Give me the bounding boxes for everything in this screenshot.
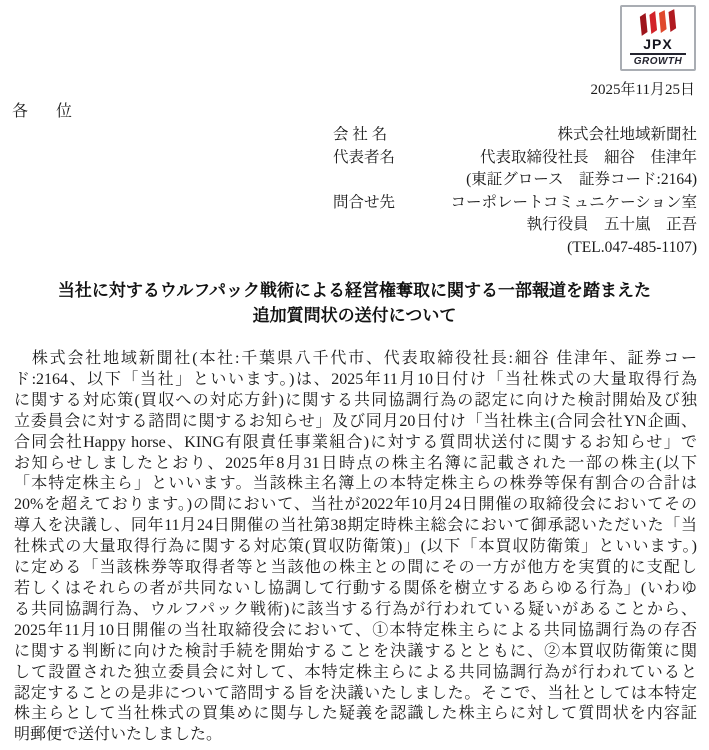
jpx-flame-icon [637, 9, 679, 37]
logo-divider [630, 53, 686, 55]
body-line: に関する判断に向けた検討手続を開始することを決議するとともに、②本買収防衛策に関 [14, 642, 697, 663]
body-line: 立委員会に対する諮問に関するお知らせ」及び同月20日付け「当社株主(合同会社YN… [14, 412, 697, 433]
body-line: 社株式の大量取得行為に関する対応策(買収防衛策)」(以下「本買収防衛策」といいま… [14, 537, 697, 558]
representative-value: 代表取締役社長 細谷 佳津年 [395, 147, 697, 170]
contact-row: 問合せ先 コーポレートコミュニケーション室 [333, 192, 697, 215]
contact-label: 問合せ先 [333, 192, 395, 215]
document-title-line2: 追加質問状の送付について [0, 304, 709, 329]
representative-row: 代表者名 代表取締役社長 細谷 佳津年 [333, 147, 697, 170]
jpx-logo-text: JPX [643, 37, 672, 52]
body-line: 若しくはそれらの者が共同ないし協調して行動する関係を樹立するあらゆる行為」(いわ… [14, 579, 697, 600]
body-line: ド:2164、以下「当社」といいます。)は、2025年11月10日付け「当社株式… [14, 370, 697, 391]
phone-row: (TEL.047-485-1107) [333, 237, 697, 260]
stock-code-value: (東証グロース 証券コード:2164) [333, 169, 697, 192]
press-release-page: JPX GROWTH 2025年11月25日 各 位 会 社 名 株式会社地域新… [0, 0, 709, 750]
growth-logo-text: GROWTH [634, 57, 683, 67]
body-line: 認定することの是非について諮問する旨を決議いたしました。そこで、当社としては本特… [14, 684, 697, 705]
company-name-value: 株式会社地域新聞社 [387, 124, 697, 147]
stock-code-row: (東証グロース 証券コード:2164) [333, 169, 697, 192]
document-title-line1: 当社に対するウルフパック戦術による経営権奪取に関する一部報道を踏まえた [0, 279, 709, 304]
officer-row: 執行役員 五十嵐 正吾 [333, 214, 697, 237]
body-line: 20%を超えております。)の間において、当社が2022年10月24日開催の取締役… [14, 495, 697, 516]
body-line: に関する対応策(買収への対応方針)に関する共同協調行為の認定に向けた検討開始及び… [14, 391, 697, 412]
phone-value: (TEL.047-485-1107) [333, 237, 697, 260]
addressee: 各 位 [12, 101, 78, 123]
body-line: お知らせしましたとおり、2025年8月31日時点の株主名簿に記載された一部の株主… [14, 454, 697, 475]
document-date: 2025年11月25日 [591, 80, 695, 100]
officer-value: 執行役員 五十嵐 正吾 [333, 214, 697, 237]
body-line: して設置された独立委員会に対して、本特定株主らによる共同協調行為が行われていると [14, 663, 697, 684]
body-line: 明郵便で送付いたしました。 [14, 725, 697, 746]
representative-label: 代表者名 [333, 147, 395, 170]
document-title: 当社に対するウルフパック戦術による経営権奪取に関する一部報道を踏まえた 追加質問… [0, 279, 709, 328]
body-line: 株主らとして当社株式の買集めに関与した疑義を認識した株主らに対して質問状を内容証 [14, 704, 697, 725]
body-paragraph: 株式会社地域新聞社(本社:千葉県八千代市、代表取締役社長:細谷 佳津年、証券コー… [14, 349, 697, 746]
company-name-row: 会 社 名 株式会社地域新聞社 [333, 124, 697, 147]
company-name-label: 会 社 名 [333, 124, 387, 147]
body-line: 株式会社地域新聞社(本社:千葉県八千代市、代表取締役社長:細谷 佳津年、証券コー [14, 349, 697, 370]
body-line: る共同協調行為、ウルフパック戦術)に該当する行為が行われている疑いがあることから… [14, 600, 697, 621]
company-info-block: 会 社 名 株式会社地域新聞社 代表者名 代表取締役社長 細谷 佳津年 (東証グ… [333, 124, 697, 260]
contact-value: コーポレートコミュニケーション室 [395, 192, 697, 215]
body-line: 合同会社Happy horse、KING有限責任事業組合)に対する質問状送付に関… [14, 433, 697, 454]
body-line: 2025年11月10日開催の当社取締役会において、①本特定株主らによる共同協調行… [14, 621, 697, 642]
body-line: に定める「当該株券等取得者等と当該他の株主との間にその一方が他方を実質的に支配し [14, 558, 697, 579]
jpx-growth-logo: JPX GROWTH [620, 5, 696, 71]
body-line: 導入を決議し、同年11月24日開催の当社第38期定時株主総会において御承認いただ… [14, 516, 697, 537]
body-line: 「本特定株主ら」といいます。当該株主名簿上の本特定株主らの株券等保有割合の合計は [14, 474, 697, 495]
